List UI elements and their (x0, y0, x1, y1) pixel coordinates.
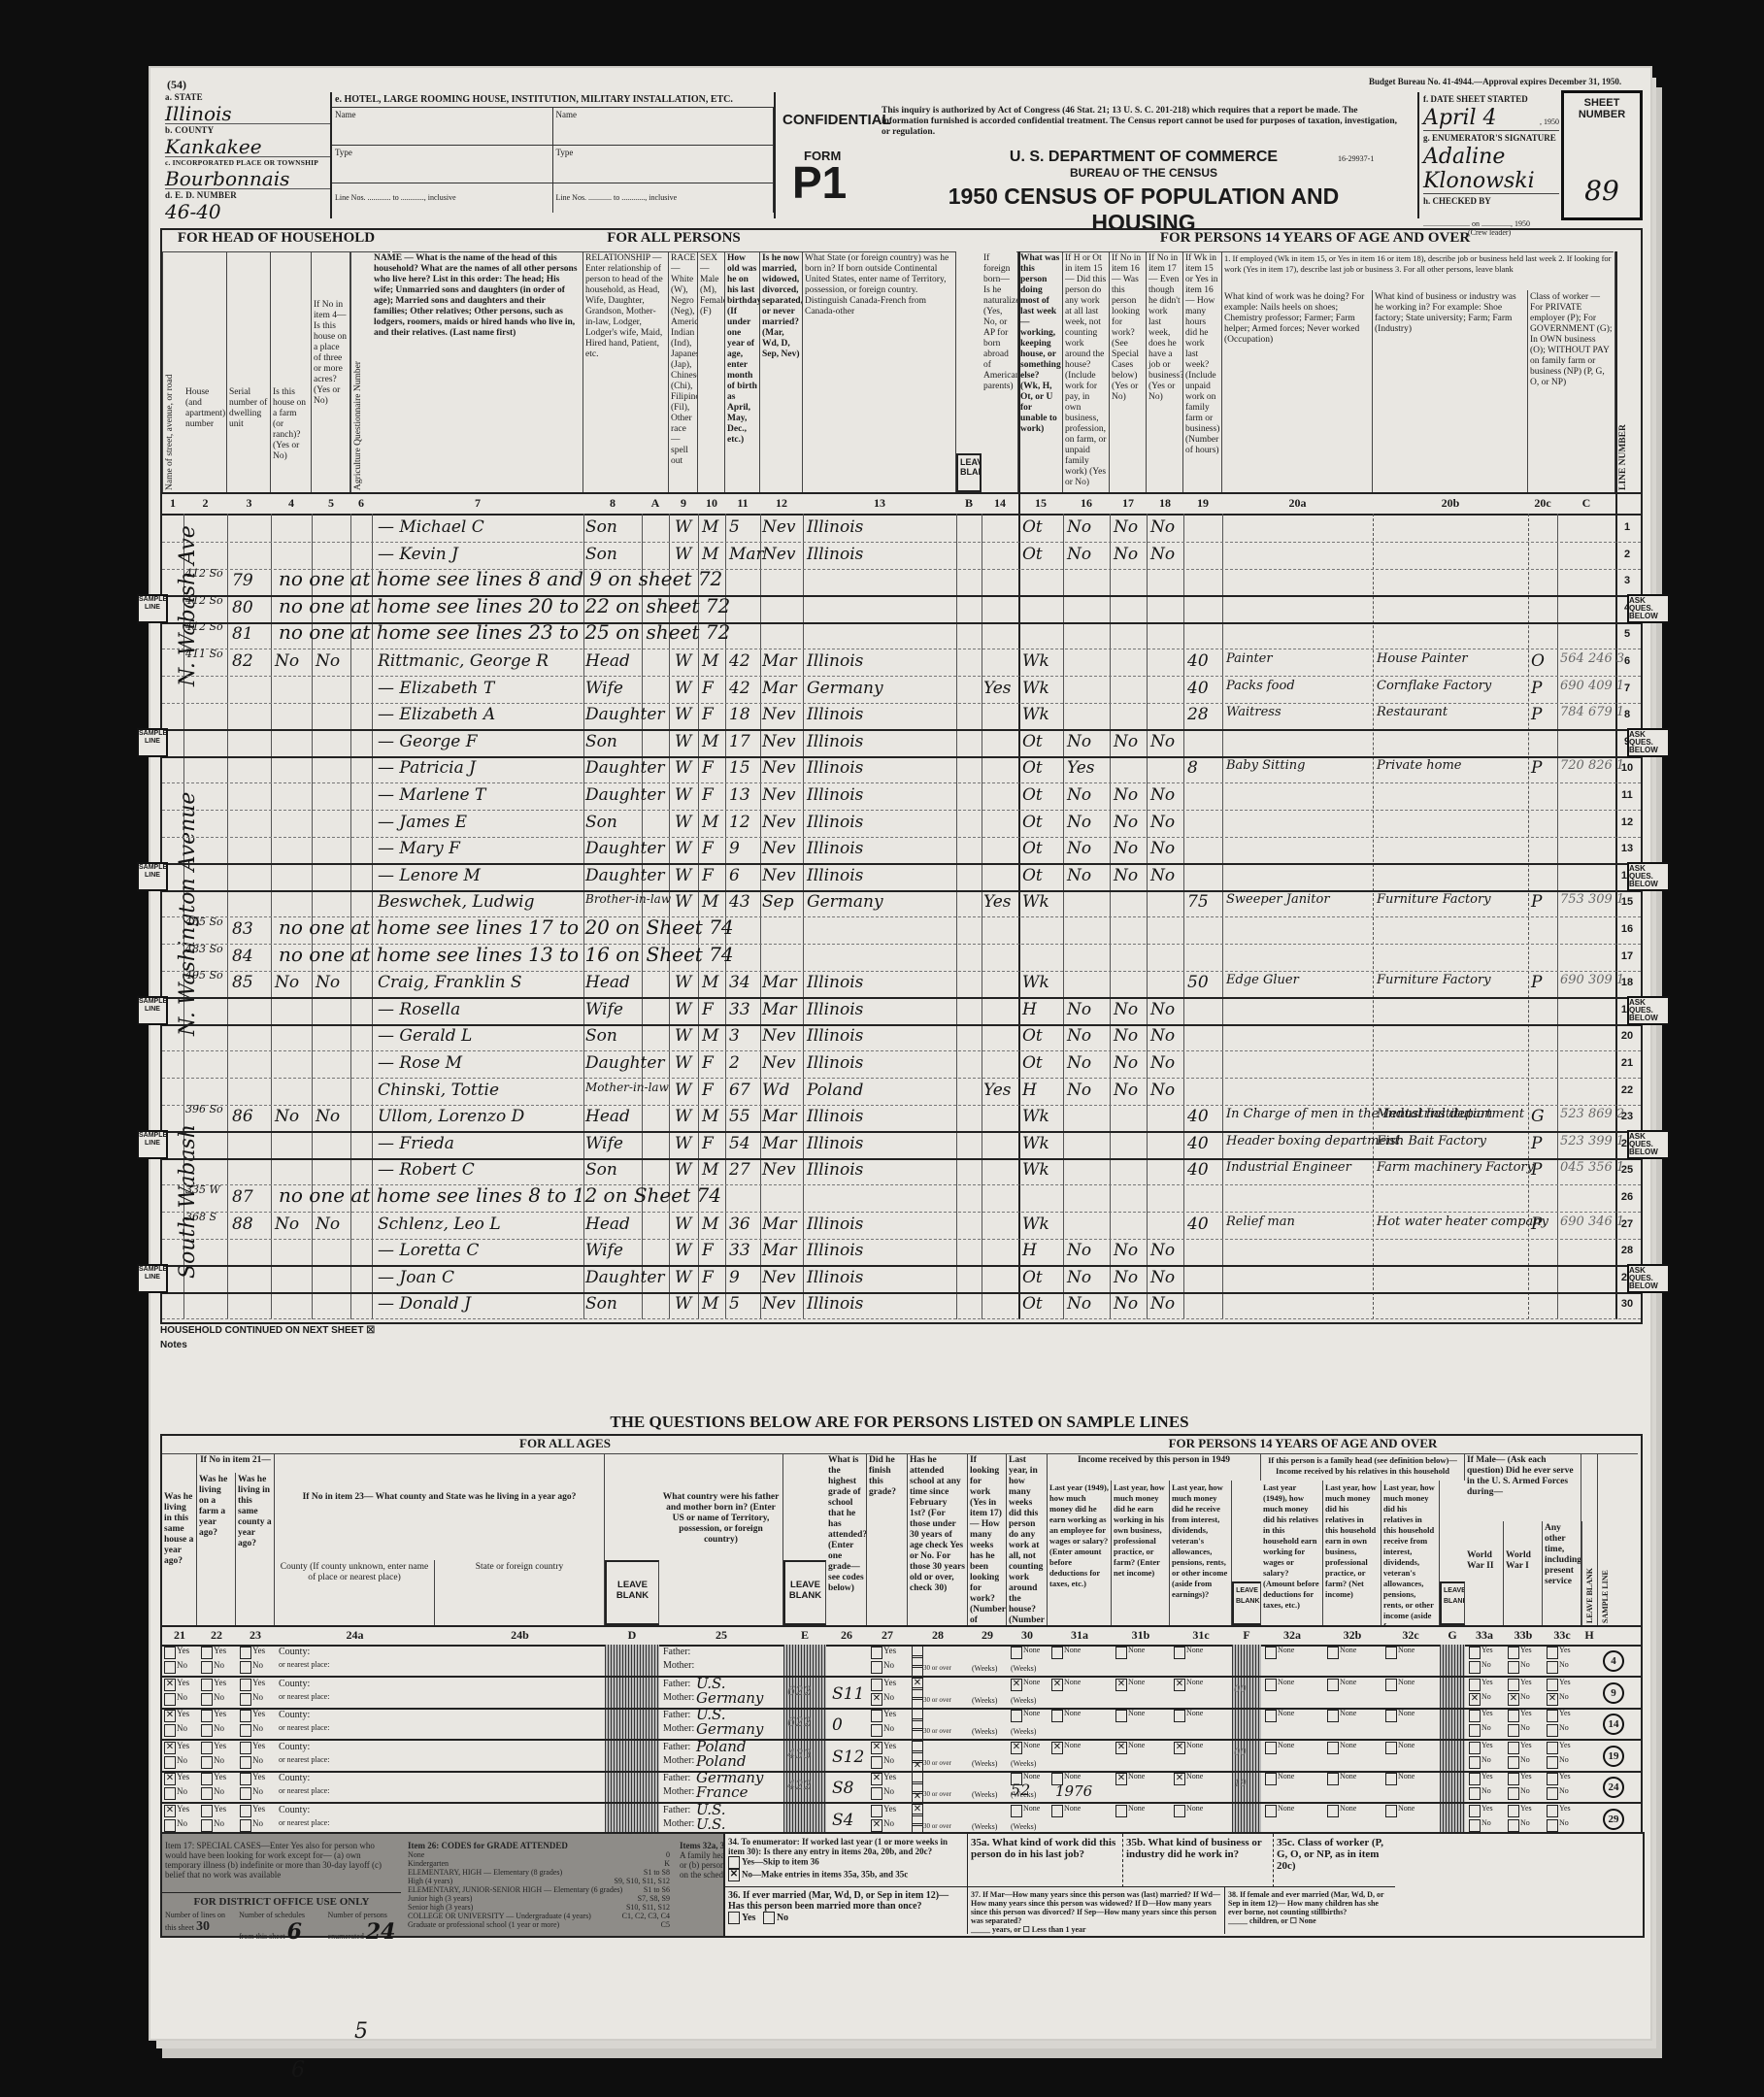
cell-serial: 84 (232, 947, 253, 966)
cell-sex: F (702, 1268, 714, 1287)
c31a-none-label: None (1064, 1678, 1081, 1686)
cell-no-one-home-note: no one at home see lines 8 to 12 on Shee… (279, 1183, 721, 1207)
cell-sex: F (702, 785, 714, 805)
other-service-no-checkbox[interactable] (1547, 1756, 1558, 1769)
ww2-yes-checkbox[interactable] (1469, 1679, 1481, 1691)
other-service-yes-label: Yes (1559, 1804, 1571, 1813)
col-B-leave-blank: LEAVE BLANK (956, 453, 982, 492)
cell-race: W (675, 1268, 691, 1287)
col-22-no-checkbox[interactable] (201, 1756, 213, 1769)
cell-name: — Patricia J (378, 758, 476, 778)
weeks-worked-none-checkbox[interactable] (1011, 1805, 1022, 1817)
col-22-yes-label: Yes (214, 1646, 226, 1655)
col-26-header: What is the highest grade of school that… (826, 1453, 867, 1625)
col-23-no-checkbox[interactable] (240, 1819, 251, 1832)
ww1-no-checkbox[interactable] (1508, 1819, 1519, 1832)
leave-blank-code: 622 (787, 1715, 812, 1730)
finished-grade-yes-checkbox[interactable] (871, 1679, 882, 1691)
line-number: 11 (1614, 789, 1641, 801)
ww1-yes-checkbox[interactable] (1508, 1742, 1519, 1754)
ww2-yes-label: Yes (1481, 1772, 1493, 1781)
col-22-yes-checkbox[interactable] (201, 1647, 213, 1659)
supplementary-questions: 34. To enumerator: If worked last year (… (723, 1832, 1645, 1938)
table-row: — James ESonWM12NevIllinoisOtNoNoNo12 (162, 809, 1641, 838)
col-21-yes-checkbox[interactable]: ✕ (164, 1710, 176, 1722)
c31b-none-checkbox[interactable]: ✕ (1115, 1679, 1127, 1691)
q34-no-checkbox[interactable]: ✕ (728, 1869, 740, 1881)
cell-age: 5 (729, 1294, 740, 1314)
cell-name: — Loretta C (378, 1241, 479, 1260)
cell-industry: Private home (1377, 758, 1461, 773)
colnum: 14 (982, 496, 1018, 511)
ask-questions-badge: ASK QUES. BELOW (1627, 1264, 1670, 1293)
c32b-none-checkbox[interactable] (1327, 1710, 1339, 1722)
col-28-header: Has he attended school at any time since… (908, 1453, 968, 1625)
c32a-none-checkbox[interactable] (1265, 1647, 1277, 1659)
ww2-yes-label: Yes (1481, 1646, 1493, 1654)
c31c-none-checkbox[interactable] (1174, 1710, 1185, 1722)
ww2-no-checkbox[interactable] (1469, 1787, 1481, 1800)
cell-marital-status: Nev (762, 813, 796, 832)
cell-birthplace: Illinois (807, 1215, 863, 1234)
col-21-yes-label: Yes (177, 1804, 189, 1814)
cell-age: 6 (729, 866, 740, 885)
grade-code-value: S10, S11, S12 (626, 1903, 670, 1912)
cell-relationship: Brother-in-law (585, 892, 671, 906)
cell-class-of-worker: P (1531, 1134, 1542, 1153)
c32a-none-checkbox[interactable] (1265, 1679, 1277, 1691)
colnum: C (1557, 496, 1615, 511)
col-23-no-checkbox[interactable] (240, 1693, 251, 1706)
c31a-amount: 1976 (1055, 1782, 1092, 1800)
c32a-none-checkbox[interactable] (1265, 1805, 1277, 1817)
col-1-header: Name of street, avenue, or road (162, 251, 183, 492)
col-21-no-checkbox[interactable] (164, 1724, 176, 1737)
ww2-no-checkbox[interactable] (1469, 1756, 1481, 1769)
finished-grade-no-checkbox[interactable] (871, 1787, 882, 1800)
cell-name: — Joan C (378, 1268, 454, 1287)
sample-table: FOR ALL AGES FOR PERSONS 14 YEARS OF AGE… (160, 1434, 1643, 1836)
col-22-no-checkbox[interactable] (201, 1787, 213, 1800)
grade-code-value: C1, C2, C3, C4 (622, 1912, 670, 1920)
c31a-none-checkbox[interactable]: ✕ (1051, 1742, 1063, 1754)
c31b-none-checkbox[interactable]: ✕ (1115, 1742, 1127, 1754)
col-21-yes-checkbox[interactable]: ✕ (164, 1679, 176, 1691)
cell-worked-any: No (1067, 839, 1091, 858)
col-23-yes-checkbox[interactable] (240, 1647, 251, 1659)
c31a-none-checkbox[interactable]: ✕ (1051, 1679, 1063, 1691)
weeks-worked-none-checkbox[interactable] (1011, 1647, 1022, 1659)
finished-grade-no-checkbox[interactable]: ✕ (871, 1819, 882, 1832)
ww1-yes-checkbox[interactable] (1508, 1805, 1519, 1817)
col-23-no-checkbox[interactable] (240, 1756, 251, 1769)
cell-birthplace: Illinois (807, 651, 863, 671)
other-service-yes-label: Yes (1559, 1646, 1571, 1654)
state-value: Illinois (165, 102, 330, 124)
grade-code-value: 0 (666, 1850, 670, 1859)
col-22-yes-checkbox[interactable] (201, 1710, 213, 1722)
col-31c-header: Last year, how much money did he receive… (1170, 1481, 1232, 1625)
c31c-none-checkbox[interactable] (1174, 1647, 1185, 1659)
weeks-label-29: (Weeks) (972, 1696, 997, 1705)
grade-code-item: ELEMENTARY, HIGH — Elementary (8 grades)… (408, 1868, 670, 1877)
col-22-yes-checkbox[interactable] (201, 1742, 213, 1754)
household-continued-label: HOUSEHOLD CONTINUED ON NEXT SHEET (160, 1325, 363, 1336)
cell-marital-status: Nev (762, 1268, 796, 1287)
sample-line-badge: SAMPLE LINE (137, 1264, 168, 1293)
cell-looking-for-work: No (1114, 1268, 1138, 1287)
col-21-yes-checkbox[interactable]: ✕ (164, 1805, 176, 1817)
col-22-no-checkbox[interactable] (201, 1724, 213, 1737)
weeks-label-30: (Weeks) (1011, 1790, 1036, 1799)
cell-name: — Robert C (378, 1160, 475, 1180)
col-33a-header: World War II (1465, 1521, 1504, 1625)
col-23-no-checkbox[interactable] (240, 1661, 251, 1674)
other-service-no-checkbox[interactable] (1547, 1724, 1558, 1737)
ww1-no-checkbox[interactable] (1508, 1661, 1519, 1674)
cell-sex: M (702, 732, 718, 751)
finished-grade-yes-checkbox[interactable] (871, 1805, 882, 1817)
col-15-header: What was this person doing most of last … (1018, 251, 1063, 492)
finished-grade-no-checkbox[interactable] (871, 1724, 882, 1737)
ww2-yes-checkbox[interactable] (1469, 1805, 1481, 1817)
c32b-none-checkbox[interactable] (1327, 1679, 1339, 1691)
q36-yes-checkbox[interactable] (728, 1912, 740, 1924)
finished-grade-yes-checkbox[interactable] (871, 1710, 882, 1722)
line-number: 1 (1614, 521, 1641, 533)
c32c-none-checkbox[interactable] (1385, 1679, 1397, 1691)
c31a-none-label: None (1064, 1772, 1081, 1781)
col-22-no-checkbox[interactable] (201, 1693, 213, 1706)
cell-marital-status: Nev (762, 839, 796, 858)
other-service-no-checkbox[interactable] (1547, 1661, 1558, 1674)
cell-activity: Ot (1022, 1268, 1043, 1287)
finished-no-label: No (883, 1723, 894, 1733)
cell-looking-for-work: No (1114, 1000, 1138, 1019)
ww2-no-checkbox[interactable] (1469, 1724, 1481, 1737)
cell-no-one-home-note: no one at home see lines 23 to 25 on she… (279, 620, 730, 644)
col-21-yes-checkbox[interactable] (164, 1647, 176, 1659)
other-service-no-label: No (1559, 1660, 1569, 1669)
finished-grade-yes-checkbox[interactable] (871, 1647, 882, 1659)
col-21-yes-checkbox[interactable]: ✕ (164, 1773, 176, 1785)
weeks-label-29: (Weeks) (972, 1822, 997, 1831)
grade-code-label: Senior high (3 years) (408, 1903, 473, 1912)
other-service-no-checkbox[interactable] (1547, 1819, 1558, 1832)
household-continued-checkbox[interactable]: ☒ (366, 1325, 375, 1336)
ww2-yes-label: Yes (1481, 1678, 1493, 1686)
c32a-none-checkbox[interactable] (1265, 1710, 1277, 1722)
c31c-none-checkbox[interactable]: ✕ (1174, 1773, 1185, 1785)
weeks-worked-none-checkbox[interactable] (1011, 1710, 1022, 1722)
cell-relationship: Wife (585, 1134, 623, 1153)
schedules-value: 6 (287, 1919, 302, 1945)
father-label: Father: (663, 1647, 690, 1657)
cell-age: 9 (729, 1268, 740, 1287)
col-21-yes-label: Yes (177, 1646, 189, 1655)
checked-by-line: ........................ on ............… (1423, 219, 1639, 228)
c31a-none-checkbox[interactable] (1051, 1647, 1063, 1659)
cell-name: — Kevin J (378, 545, 458, 564)
ww2-yes-checkbox[interactable] (1469, 1773, 1481, 1785)
other-service-yes-checkbox[interactable] (1547, 1742, 1558, 1754)
col-21-yes-checkbox[interactable]: ✕ (164, 1742, 176, 1754)
other-service-yes-checkbox[interactable] (1547, 1710, 1558, 1722)
cell-worked-any: No (1067, 866, 1091, 885)
ww1-yes-checkbox[interactable] (1508, 1710, 1519, 1722)
finished-grade-yes-checkbox[interactable]: ✕ (871, 1742, 882, 1754)
income-header: Income received by this person in 1949 (1048, 1453, 1261, 1481)
col-21-no-checkbox[interactable] (164, 1756, 176, 1769)
other-service-yes-checkbox[interactable] (1547, 1773, 1558, 1785)
persons-value: 24 (366, 1919, 396, 1945)
cell-activity: Wk (1022, 1107, 1049, 1126)
cell-age: 42 (729, 651, 750, 671)
margin-mark-6: 6 (291, 2058, 305, 2082)
cell-relationship: Son (585, 813, 617, 832)
table-row: — Rose MDaughterWF2NevIllinoisOtNoNoNo21 (162, 1049, 1641, 1079)
c32c-none-checkbox[interactable] (1385, 1710, 1397, 1722)
cell-industry: Restaurant (1377, 705, 1448, 719)
col-23-no-checkbox[interactable] (240, 1724, 251, 1737)
q34-block: 34. To enumerator: If worked last year (… (725, 1834, 968, 1887)
c31b-none-checkbox[interactable] (1115, 1647, 1127, 1659)
cell-marital-status: Mar (762, 1215, 797, 1234)
grade-code-label: ELEMENTARY, JUNIOR-SENIOR HIGH — Element… (408, 1885, 622, 1894)
cell-sex: M (702, 1026, 718, 1046)
c32b-none-checkbox[interactable] (1327, 1805, 1339, 1817)
cell-worked-any: No (1067, 545, 1091, 564)
sample-row: ✕YesNoYesNoYesNoCounty:or nearest place:… (162, 1740, 1641, 1773)
c31b-none-checkbox[interactable]: ✕ (1115, 1773, 1127, 1785)
col-21-no-checkbox[interactable] (164, 1693, 176, 1706)
father-label: Father: (663, 1710, 690, 1720)
ww1-yes-checkbox[interactable] (1508, 1773, 1519, 1785)
c32c-none-checkbox[interactable] (1385, 1647, 1397, 1659)
col-23-yes-checkbox[interactable] (240, 1805, 251, 1817)
colnum: 10 (698, 496, 725, 511)
ww1-no-checkbox[interactable] (1508, 1787, 1519, 1800)
cell-acres: No (316, 1107, 340, 1126)
cell-has-job: No (1150, 1268, 1175, 1287)
cell-class-of-worker: P (1531, 1160, 1542, 1180)
col-22-yes-checkbox[interactable] (201, 1679, 213, 1691)
ww2-no-label: No (1481, 1692, 1491, 1701)
finished-grade-no-checkbox[interactable] (871, 1661, 882, 1674)
other-service-yes-checkbox[interactable] (1547, 1805, 1558, 1817)
c32a-none-checkbox[interactable] (1265, 1742, 1277, 1754)
enumerator-signature: Adaline Klonowski (1423, 145, 1559, 194)
finished-no-label: No (883, 1692, 894, 1702)
nearest-place-label: or nearest place: (279, 1692, 329, 1701)
ww2-yes-checkbox[interactable] (1469, 1710, 1481, 1722)
ww1-yes-checkbox[interactable] (1508, 1647, 1519, 1659)
cell-activity: Wk (1022, 651, 1049, 671)
cell-hours-worked: 40 (1187, 1134, 1209, 1153)
cell-relationship: Wife (585, 1000, 623, 1019)
ww1-no-checkbox[interactable] (1508, 1724, 1519, 1737)
cell-has-job: No (1150, 1294, 1175, 1314)
c32b-none-checkbox[interactable] (1327, 1773, 1339, 1785)
col-23-yes-checkbox[interactable] (240, 1773, 251, 1785)
cell-worked-any: No (1067, 732, 1091, 751)
cell-industry: Fish Bait Factory (1377, 1134, 1486, 1148)
cell-race: W (675, 1107, 691, 1126)
c32c-none-label: None (1398, 1741, 1415, 1749)
col-22-yes-checkbox[interactable] (201, 1805, 213, 1817)
c31a-none-checkbox[interactable] (1051, 1805, 1063, 1817)
col-23-no-label: No (252, 1786, 263, 1796)
col-33c-header: Any other time, including present servic… (1543, 1521, 1581, 1625)
name-field-1: Name (332, 108, 553, 145)
nearest-place-label: or nearest place: (279, 1786, 329, 1795)
col-31a-header: Last year (1949), how much money did he … (1048, 1481, 1112, 1625)
ww2-no-checkbox[interactable] (1469, 1661, 1481, 1674)
grade-code-value: K (664, 1859, 670, 1868)
weeks-worked-none-checkbox[interactable]: ✕ (1011, 1742, 1022, 1754)
finished-grade-no-checkbox[interactable]: ✕ (871, 1693, 882, 1706)
c32b-none-checkbox[interactable] (1327, 1742, 1339, 1754)
county-label: County: (279, 1679, 310, 1689)
cell-birthplace: Illinois (807, 517, 863, 537)
ed-label: d. E. D. NUMBER (165, 190, 330, 200)
col-23-yes-label: Yes (252, 1709, 265, 1718)
cell-house: 411 So (185, 648, 223, 660)
line-number: 6 (1614, 655, 1641, 667)
cell-sex: F (702, 758, 714, 778)
col-33b-header: World War I (1504, 1521, 1543, 1625)
col-23-yes-checkbox[interactable] (240, 1679, 251, 1691)
c31b-none-checkbox[interactable] (1115, 1805, 1127, 1817)
line-number: 25 (1614, 1164, 1641, 1176)
col-22-no-label: No (214, 1660, 224, 1670)
other-service-yes-label: Yes (1559, 1678, 1571, 1686)
table-row: 396 So86NoNoUllom, Lorenzo DHeadWM55MarI… (162, 1103, 1641, 1133)
c31c-none-checkbox[interactable] (1174, 1805, 1185, 1817)
c32a-none-label: None (1278, 1804, 1294, 1813)
cell-serial: 87 (232, 1187, 253, 1207)
weeks-label-30: (Weeks) (1011, 1727, 1036, 1736)
cell-birthplace: Illinois (807, 785, 863, 805)
cell-marital-status: Mar (762, 651, 797, 671)
col-23-yes-checkbox[interactable] (240, 1710, 251, 1722)
sample-line-number: 29 (1603, 1809, 1624, 1830)
sample-section-title: THE QUESTIONS BELOW ARE FOR PERSONS LIST… (160, 1413, 1639, 1432)
c32a-none-checkbox[interactable] (1265, 1773, 1277, 1785)
ww1-yes-label: Yes (1520, 1804, 1532, 1813)
other-service-yes-checkbox[interactable] (1547, 1679, 1558, 1691)
col-22-no-checkbox[interactable] (201, 1819, 213, 1832)
ww1-yes-label: Yes (1520, 1709, 1532, 1717)
mother-birthplace: Germany (696, 1720, 763, 1738)
c32b-none-checkbox[interactable] (1327, 1647, 1339, 1659)
cell-activity: Ot (1022, 758, 1043, 778)
thirty-label: 30 or over (923, 1696, 951, 1704)
col-22-yes-checkbox[interactable] (201, 1773, 213, 1785)
colnum: 2 (183, 496, 227, 511)
ww2-no-checkbox[interactable] (1469, 1819, 1481, 1832)
finished-grade-no-checkbox[interactable] (871, 1756, 882, 1769)
sample-row: ✕YesNoYesNoYesNoCounty:or nearest place:… (162, 1771, 1641, 1804)
other-service-no-checkbox[interactable]: ✕ (1547, 1693, 1558, 1706)
col-21-no-checkbox[interactable] (164, 1661, 176, 1674)
father-label: Father: (663, 1679, 690, 1689)
weeks-worked-none-checkbox[interactable]: ✕ (1011, 1679, 1022, 1691)
c32c-none-checkbox[interactable] (1385, 1742, 1397, 1754)
cell-age: 34 (729, 973, 750, 992)
ww1-yes-checkbox[interactable] (1508, 1679, 1519, 1691)
c32c-none-checkbox[interactable] (1385, 1805, 1397, 1817)
cell-sex: F (702, 1000, 714, 1019)
cell-marital-status: Nev (762, 732, 796, 751)
c32b-none-label: None (1340, 1678, 1356, 1686)
cell-looking-for-work: No (1114, 785, 1138, 805)
finished-grade-yes-checkbox[interactable]: ✕ (871, 1773, 882, 1785)
ww2-no-checkbox[interactable]: ✕ (1469, 1693, 1481, 1706)
col-21-no-checkbox[interactable] (164, 1787, 176, 1800)
colnum: 31b (1112, 1628, 1170, 1643)
special-cases-note: Item 17: SPECIAL CASES—Enter Yes also fo… (162, 1838, 401, 1882)
cell-has-job: No (1150, 1026, 1175, 1046)
cell-age: 43 (729, 892, 750, 912)
c31c-none-label: None (1186, 1709, 1203, 1717)
col-21-yes-label: Yes (177, 1772, 189, 1781)
department-name: U. S. DEPARTMENT OF COMMERCE (940, 149, 1348, 166)
none-label: None (1023, 1646, 1040, 1654)
q34-yes-checkbox[interactable] (728, 1856, 740, 1869)
cell-age: 67 (729, 1081, 750, 1100)
c32c-none-checkbox[interactable] (1385, 1773, 1397, 1785)
col-23-no-checkbox[interactable] (240, 1787, 251, 1800)
group-over-14-sample: FOR PERSONS 14 YEARS OF AGE AND OVER (968, 1436, 1638, 1454)
county-label: County: (279, 1742, 310, 1752)
cell-house: 495 So (185, 969, 223, 982)
line-number: 5 (1614, 628, 1641, 640)
grade-code-item: High (4 years)S9, S10, S11, S12 (408, 1877, 670, 1885)
c31c-none-checkbox[interactable]: ✕ (1174, 1679, 1185, 1691)
other-service-no-checkbox[interactable] (1547, 1787, 1558, 1800)
q36-no-checkbox[interactable] (763, 1912, 775, 1924)
table-row: — George FSonWM17NevIllinoisOtNoNoNo9ASK… (162, 728, 1641, 758)
c31c-none-checkbox[interactable]: ✕ (1174, 1742, 1185, 1754)
c32a-none-label: None (1278, 1741, 1294, 1749)
cell-sex: M (702, 1107, 718, 1126)
c31b-none-checkbox[interactable] (1115, 1710, 1127, 1722)
cell-occupation: Sweeper Janitor (1226, 892, 1330, 907)
group-all-persons: FOR ALL PERSONS (392, 230, 955, 252)
finished-yes-label: Yes (883, 1804, 896, 1814)
cell-serial: 81 (232, 624, 253, 644)
col-21-no-checkbox[interactable] (164, 1819, 176, 1832)
family-income-header: If this person is a family head (see def… (1261, 1453, 1465, 1481)
col-21-no-label: No (177, 1660, 187, 1670)
col-22-no-checkbox[interactable] (201, 1661, 213, 1674)
c31a-none-checkbox[interactable] (1051, 1710, 1063, 1722)
colnum: E (783, 1628, 826, 1643)
ww1-no-checkbox[interactable] (1508, 1756, 1519, 1769)
ww2-yes-checkbox[interactable] (1469, 1647, 1481, 1659)
other-service-yes-checkbox[interactable] (1547, 1647, 1558, 1659)
col-21-no-label: No (177, 1818, 187, 1828)
ww1-no-checkbox[interactable]: ✕ (1508, 1693, 1519, 1706)
cell-farm: No (275, 1215, 299, 1234)
cell-relationship: Son (585, 732, 617, 751)
cell-sex: F (702, 679, 714, 698)
cell-relationship: Daughter (585, 866, 665, 885)
cell-birthplace: Illinois (807, 1134, 863, 1153)
col-23-yes-checkbox[interactable] (240, 1742, 251, 1754)
ww2-yes-checkbox[interactable] (1469, 1742, 1481, 1754)
